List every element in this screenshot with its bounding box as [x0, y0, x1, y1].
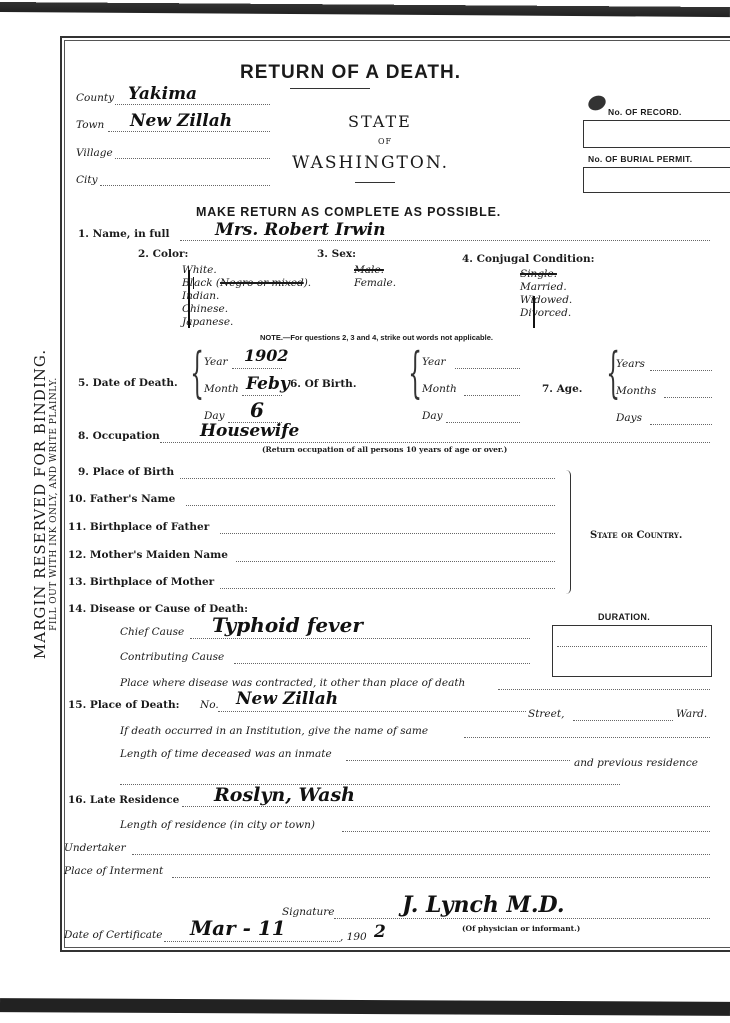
chief-cause-label: Chief Cause — [120, 626, 184, 638]
death-year-label: Year — [204, 356, 228, 368]
death-day-field[interactable]: 6 — [250, 398, 264, 422]
age-months-label: Months — [616, 385, 656, 397]
town-line — [108, 131, 270, 132]
strike-out-note: NOTE.—For questions 2, 3 and 4, strike o… — [260, 333, 493, 342]
age-years-field[interactable] — [650, 370, 712, 371]
divider — [290, 88, 370, 89]
color-label: 2. Color: — [138, 248, 188, 260]
scan-bottom-edge — [0, 998, 730, 1016]
death-year-line — [232, 368, 282, 369]
age-days-field[interactable] — [650, 424, 712, 425]
contracted-place-label: Place where disease was contracted, it o… — [120, 677, 465, 689]
county-field[interactable]: Yakima — [128, 84, 197, 104]
signature-field[interactable]: J. Lynch M.D. — [402, 892, 565, 918]
previous-residence-label: and previous residence — [574, 757, 698, 769]
divider — [355, 182, 395, 183]
conjugal-label: 4. Conjugal Condition: — [462, 253, 595, 265]
brace: { — [190, 346, 204, 400]
death-date-label: 5. Date of Death. — [78, 377, 178, 389]
place-of-death-line — [218, 711, 526, 712]
late-residence-line — [182, 806, 710, 807]
certificate-date-label: Date of Certificate — [64, 929, 162, 941]
color-options: White. Black (Negro or mixed). Indian. C… — [182, 264, 311, 329]
brace: { — [408, 346, 422, 400]
mother-name-field[interactable] — [236, 561, 555, 562]
sex-option-male[interactable]: Male. — [354, 264, 396, 277]
county-line — [115, 104, 270, 105]
scan-top-edge — [0, 0, 730, 17]
duration-field[interactable] — [552, 625, 712, 677]
birth-year-field[interactable] — [455, 368, 520, 369]
conjugal-option-widowed[interactable]: Widowed. — [520, 294, 572, 307]
certificate-year-prefix: , 190 — [340, 931, 367, 943]
interment-field[interactable] — [172, 877, 710, 878]
binding-margin-note: MARGIN RESERVED FOR BINDING. FILL OUT WI… — [31, 289, 59, 719]
conjugal-option-divorced[interactable]: Divorced. — [520, 307, 572, 320]
city-field[interactable] — [100, 185, 270, 186]
inmate-length-label: Length of time deceased was an inmate — [120, 748, 332, 760]
chief-cause-field[interactable]: Typhoid fever — [212, 613, 363, 637]
certificate-date-field[interactable]: Mar - 11 — [190, 916, 286, 940]
late-residence-label: 16. Late Residence — [68, 794, 179, 806]
residence-length-label: Length of residence (in city or town) — [120, 819, 315, 831]
occupation-note: (Return occupation of all persons 10 yea… — [262, 445, 507, 454]
mother-birthplace-field[interactable] — [220, 588, 555, 589]
street-label: Street, — [528, 708, 564, 720]
contracted-place-field[interactable] — [498, 689, 710, 690]
ink-stroke — [188, 270, 190, 328]
residence-length-field[interactable] — [342, 831, 710, 832]
mother-name-label: 12. Mother's Maiden Name — [68, 549, 228, 561]
state-heading: STATE — [348, 112, 412, 131]
institution-field[interactable] — [464, 737, 710, 738]
brace — [566, 470, 571, 594]
occupation-label: 8. Occupation — [78, 430, 160, 442]
interment-label: Place of Interment — [64, 865, 163, 877]
occupation-field[interactable]: Housewife — [200, 421, 299, 441]
name-label: 1. Name, in full — [78, 228, 170, 240]
age-days-label: Days — [616, 412, 642, 424]
state-or-country-label: State or Country. — [590, 530, 682, 541]
ink-stroke — [533, 296, 535, 328]
name-line — [180, 240, 710, 241]
father-name-label: 10. Father's Name — [68, 493, 175, 505]
ward-label: Ward. — [676, 708, 707, 720]
sex-options: Male. Female. — [354, 264, 396, 290]
birth-month-label: Month — [422, 383, 457, 395]
undertaker-label: Undertaker — [64, 842, 126, 854]
birth-date-label: 6. Of Birth. — [290, 378, 356, 390]
burial-permit-label: No. OF BURIAL PERMIT. — [588, 154, 692, 164]
signature-note: (Of physician or informant.) — [462, 924, 580, 933]
late-residence-field[interactable]: Roslyn, Wash — [214, 784, 355, 806]
record-number-label: No. OF RECORD. — [608, 107, 682, 117]
color-option-black[interactable]: Black (Negro or mixed). — [182, 277, 311, 290]
state-name: WASHINGTON. — [292, 153, 449, 173]
conjugal-option-single[interactable]: Single. — [520, 268, 572, 281]
age-months-field[interactable] — [664, 397, 712, 398]
signature-line — [334, 918, 710, 919]
undertaker-field[interactable] — [132, 854, 710, 855]
father-birthplace-label: 11. Birthplace of Father — [68, 521, 209, 533]
sex-label: 3. Sex: — [317, 248, 356, 260]
name-field[interactable]: Mrs. Robert Irwin — [215, 220, 385, 240]
color-option-indian[interactable]: Indian. — [182, 290, 311, 303]
place-number-label: No. — [200, 699, 219, 711]
place-of-death-field[interactable]: New Zillah — [236, 689, 338, 709]
death-month-label: Month — [204, 383, 239, 395]
birth-year-label: Year — [422, 356, 446, 368]
county-label: County — [76, 92, 114, 104]
institution-label: If death occurred in an Institution, giv… — [120, 725, 428, 737]
birth-day-field[interactable] — [446, 422, 520, 423]
burial-permit-field[interactable] — [583, 167, 730, 193]
instruction-heading: MAKE RETURN AS COMPLETE AS POSSIBLE. — [196, 205, 501, 219]
conjugal-option-married[interactable]: Married. — [520, 281, 572, 294]
death-month-field[interactable]: Feby — [246, 374, 290, 394]
death-year-field[interactable]: 1902 — [244, 346, 289, 365]
town-field[interactable]: New Zillah — [130, 111, 232, 131]
occupation-line — [160, 442, 710, 443]
town-label: Town — [76, 119, 104, 131]
divider — [60, 950, 730, 952]
place-of-death-label: 15. Place of Death: — [68, 699, 179, 711]
mother-birthplace-label: 13. Birthplace of Mother — [68, 576, 214, 588]
birth-month-field[interactable] — [464, 395, 520, 396]
margin-heading: MARGIN RESERVED FOR BINDING. — [31, 289, 49, 719]
contributing-cause-label: Contributing Cause — [120, 651, 224, 663]
birthplace-label: 9. Place of Birth — [78, 466, 174, 478]
state-of: OF — [378, 137, 392, 146]
age-label: 7. Age. — [542, 383, 582, 395]
color-struck-text: Negro or mixed — [220, 277, 304, 289]
age-years-label: Years — [616, 358, 645, 370]
birth-day-label: Day — [422, 410, 443, 422]
village-label: Village — [76, 147, 113, 159]
contributing-cause-field[interactable] — [234, 663, 530, 664]
birthplace-field[interactable] — [180, 478, 555, 479]
death-month-line — [242, 395, 282, 396]
margin-instruction: FILL OUT WITH INK ONLY, AND WRITE PLAINL… — [49, 289, 59, 719]
city-label: City — [76, 174, 98, 186]
color-option-chinese[interactable]: Chinese. — [182, 303, 311, 316]
certificate-date-line — [164, 941, 340, 942]
sex-option-female[interactable]: Female. — [354, 277, 396, 290]
village-field[interactable] — [115, 158, 270, 159]
signature-label: Signature — [282, 906, 335, 918]
previous-residence-field[interactable] — [120, 784, 620, 785]
document-title: RETURN OF A DEATH. — [240, 62, 461, 84]
conjugal-options: Single. Married. Widowed. Divorced. — [520, 268, 572, 320]
record-number-field[interactable] — [583, 120, 730, 148]
father-name-field[interactable] — [186, 505, 555, 506]
duration-label: DURATION. — [598, 612, 650, 622]
father-birthplace-field[interactable] — [220, 533, 555, 534]
certificate-year-field[interactable]: 2 — [374, 922, 386, 942]
color-option-japanese[interactable]: Japanese. — [182, 316, 311, 329]
ward-field[interactable] — [573, 720, 673, 721]
color-option-white[interactable]: White. — [182, 264, 311, 277]
chief-cause-line — [190, 638, 530, 639]
inmate-length-field[interactable] — [346, 760, 570, 761]
